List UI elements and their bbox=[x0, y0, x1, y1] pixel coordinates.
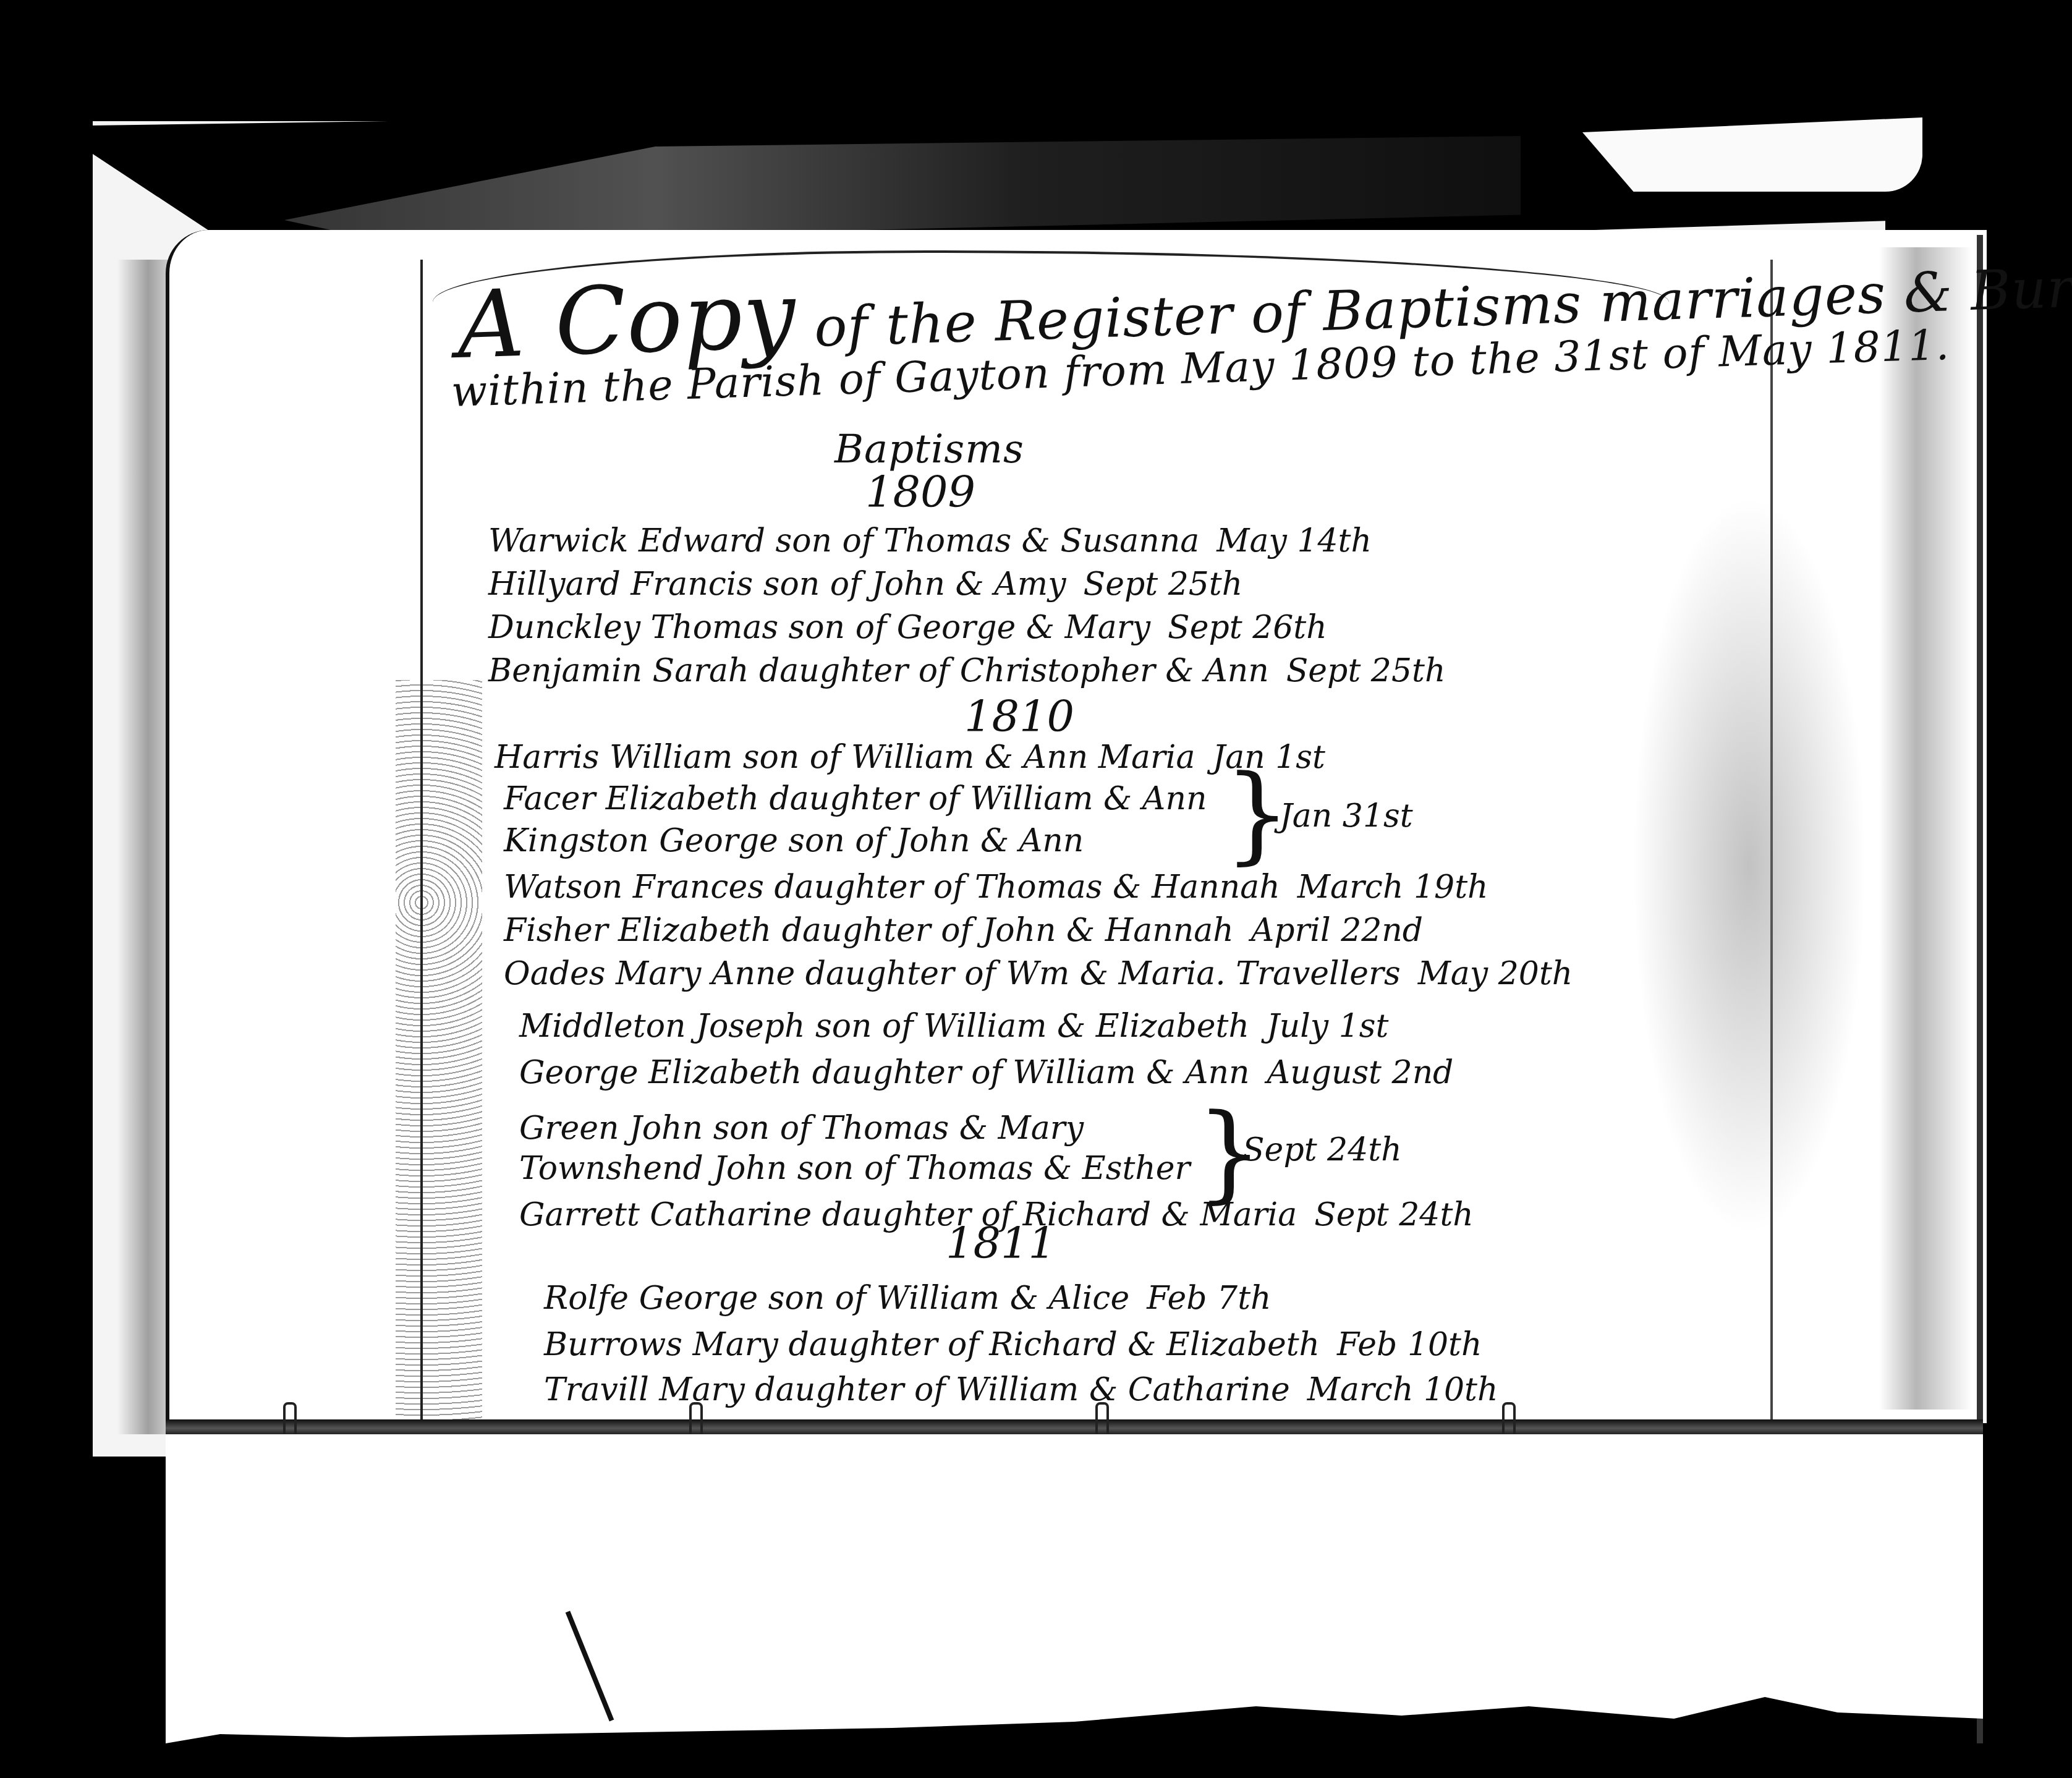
entry-text: Oades Mary Anne daughter of Wm & Maria. … bbox=[504, 955, 1401, 992]
entry-date: March 10th bbox=[1307, 1371, 1498, 1408]
baptism-entry: Garrett Catharine daughter of Richard & … bbox=[519, 1196, 1474, 1233]
baptism-entry: Burrows Mary daughter of Richard & Eliza… bbox=[544, 1326, 1482, 1363]
entry-date: Sept 25th bbox=[1286, 652, 1446, 689]
baptism-entry: Kingston George son of John & Ann bbox=[504, 822, 1084, 859]
baptism-entry: Dunckley Thomas son of George & MarySept… bbox=[488, 609, 1327, 646]
entry-text: Benjamin Sarah daughter of Christopher &… bbox=[488, 652, 1269, 689]
lower-blank-page bbox=[166, 1434, 1983, 1743]
entry-text: Dunckley Thomas son of George & Mary bbox=[488, 609, 1150, 646]
entry-date: Sept 26th bbox=[1168, 609, 1327, 646]
entry-date: April 22nd bbox=[1251, 912, 1423, 949]
grouped-date: Jan 31st bbox=[1280, 798, 1413, 835]
entry-text: Kingston George son of John & Ann bbox=[504, 822, 1084, 859]
entry-text: Garrett Catharine daughter of Richard & … bbox=[519, 1196, 1297, 1233]
baptism-entry: Harris William son of William & Ann Mari… bbox=[495, 739, 1325, 776]
black-scan-border-top bbox=[93, 0, 2072, 121]
baptism-entry: Watson Frances daughter of Thomas & Hann… bbox=[504, 869, 1488, 906]
left-margin-stain bbox=[396, 680, 482, 1422]
entry-text: Watson Frances daughter of Thomas & Hann… bbox=[504, 869, 1280, 906]
entry-text: Harris William son of William & Ann Mari… bbox=[495, 739, 1195, 776]
entry-text: Green John son of Thomas & Mary bbox=[519, 1110, 1084, 1147]
entry-text: Middleton Joseph son of William & Elizab… bbox=[519, 1008, 1249, 1045]
baptism-entry: Hillyard Francis son of John & AmySept 2… bbox=[488, 566, 1242, 603]
baptism-entry: Facer Elizabeth daughter of William & An… bbox=[504, 780, 1207, 817]
baptism-entry: Rolfe George son of William & AliceFeb 7… bbox=[544, 1280, 1272, 1317]
grouped-date: Sept 24th bbox=[1242, 1131, 1402, 1168]
binding-line bbox=[166, 1419, 1983, 1434]
entry-date: Feb 10th bbox=[1337, 1326, 1482, 1363]
entry-date: Sept 25th bbox=[1084, 566, 1243, 603]
entry-date: July 1st bbox=[1267, 1008, 1389, 1045]
baptism-entry: George Elizabeth daughter of William & A… bbox=[519, 1054, 1453, 1091]
entry-text: Burrows Mary daughter of Richard & Eliza… bbox=[544, 1326, 1320, 1363]
entry-date: Feb 7th bbox=[1147, 1280, 1271, 1317]
baptism-entry: Middleton Joseph son of William & Elizab… bbox=[519, 1008, 1388, 1045]
baptism-entry: Travill Mary daughter of William & Catha… bbox=[544, 1371, 1498, 1408]
entry-text: Townshend John son of Thomas & Esther bbox=[519, 1150, 1190, 1187]
section-heading: Baptisms bbox=[834, 427, 1024, 472]
entry-text: Hillyard Francis son of John & Amy bbox=[488, 566, 1066, 603]
baptism-entry: Townshend John son of Thomas & Esther bbox=[519, 1150, 1190, 1187]
entry-text: Travill Mary daughter of William & Catha… bbox=[544, 1371, 1290, 1408]
entry-text: Rolfe George son of William & Alice bbox=[544, 1280, 1129, 1317]
baptism-entry: Warwick Edward son of Thomas & SusannaMa… bbox=[488, 522, 1372, 559]
entry-date: May 20th bbox=[1418, 955, 1573, 992]
year-heading: 1810 bbox=[964, 691, 1074, 742]
baptism-entry: Oades Mary Anne daughter of Wm & Maria. … bbox=[504, 955, 1573, 992]
entry-text: Warwick Edward son of Thomas & Susanna bbox=[488, 522, 1199, 559]
baptism-entry: Green John son of Thomas & Mary bbox=[519, 1110, 1084, 1147]
page-right-shadow bbox=[1879, 247, 1972, 1410]
entry-text: George Elizabeth daughter of William & A… bbox=[519, 1054, 1250, 1091]
entry-text: Facer Elizabeth daughter of William & An… bbox=[504, 780, 1207, 817]
baptism-entry: Benjamin Sarah daughter of Christopher &… bbox=[488, 652, 1445, 689]
baptism-entry: Fisher Elizabeth daughter of John & Hann… bbox=[504, 912, 1423, 949]
entry-date: Sept 24th bbox=[1314, 1196, 1474, 1233]
entry-date: May 14th bbox=[1216, 522, 1372, 559]
entry-date: March 19th bbox=[1297, 869, 1488, 906]
right-margin-stain bbox=[1632, 495, 1867, 1236]
entry-text: Fisher Elizabeth daughter of John & Hann… bbox=[504, 912, 1234, 949]
year-heading: 1809 bbox=[865, 467, 975, 517]
entry-date: August 2nd bbox=[1267, 1054, 1454, 1091]
